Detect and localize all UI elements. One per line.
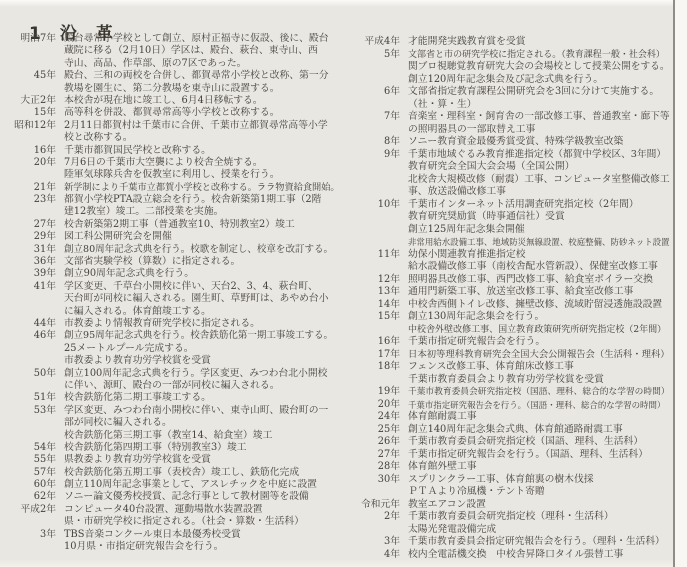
entry-text-line: 非常用給水設備工事、地域防災無線設置、校庭整備、防砂ネット設置 [408,236,678,249]
history-entry: 51年校舎鉄筋化第二期工事竣工する。 [6,392,342,404]
entry-text-line: 創立120周年記念集会及び記念式典を行う。 [408,74,678,87]
entry-year: 3年 [6,529,64,541]
history-entry: 24年体育館耐震工事 [346,411,678,424]
history-entry: 29年図工科公開研究会を開催 [6,231,342,243]
entry-year: 50年 [6,368,64,380]
entry-text-line: 千葉市地域ぐるみ教育推進指定校（都賀中学校区、3年間） [408,149,678,162]
history-entry: 平成2年コンピュータ40台設置、運動場散水装置設置県・市研究学校に指定される。（… [6,504,342,529]
entry-text-line: に編入される。体育館竣工する。 [64,306,342,318]
history-column-right: 平成4年才能開発実践教育賞を受賞5年文部省と市の研究学校に指定される。（教育課程… [346,36,678,561]
history-entry: 19年千葉市教育委員会研究指定校（国語、理科、総合的な学習の時間） [346,386,678,399]
history-entry: 30年スプリンクラー工事、体育館裏の樹木伐採ＰＴＡより冷風機・テント寄贈 [346,474,678,499]
entry-text-line: 7月6日の千葉市大空襲により校舎全焼する。 [64,157,342,169]
history-entry: 明治7年殿台尋常小学校として創立、原村正福寺に仮設、後に、殿台蔵院に移る（2月1… [6,33,342,70]
entry-text: 校舎鉄筋化第四期工事（特別教室3）竣工 [64,442,342,454]
entry-year: 26年 [346,436,408,449]
entry-text: 千葉市教育委員会研究指定校（理科・生活科）太陽光発電設備完成 [408,511,678,536]
entry-text: ソニー論文優秀校授賞、記念行事として教材園等を設備 [64,491,342,503]
entry-text-line: 千葉市指定研究報告会を行う。 [408,336,678,349]
entry-text: 千葉市都賀国民学校と改称する。 [64,145,342,157]
history-entry: 9年千葉市地域ぐるみ教育推進指定校（都賀中学校区、3年間）教育研究会全国大会会場… [346,149,678,199]
entry-text-line: 教場を園生に、第二分教場を東寺山に設置する。 [64,83,342,95]
entry-text: 文部省指定教育課程公開研究会を3回に分けて実施する。（社・算・生） [408,86,678,111]
entry-text-line: 校舎鉄筋化第二期工事竣工する。 [64,392,342,404]
entry-text-line: 校内全電話機交換 中校舎昇降口タイル張替工事 [408,549,678,562]
history-entry: 15年創立130周年記念集会を行う。中校舎外壁改修工事、国立教育政策研究所研究指… [346,311,678,336]
entry-text: 創立80周年記念式典を行う。校歌を制定し、校章を改訂する。 [64,244,342,256]
entry-text: 文部省実験学校（算数）に指定される。 [64,256,342,268]
entry-text: 千葉市指定研究報告会を行う。（国語、理科、生活科） [408,449,678,462]
entry-text: 高等科を併設、都賀尋常高等小学校と改称する。 [64,107,342,119]
entry-year: 36年 [6,256,64,268]
entry-text: 創立110周年記念事業として、アスレチックを中庭に設置 [64,479,342,491]
entry-text: 千葉市インターネット活用調査研究指定校（2年間）教育研究奨励賞（時事通信社）受賞… [408,199,678,249]
entry-year: 17年 [346,349,408,362]
history-entry: 54年校舎鉄筋化第四期工事（特別教室3）竣工 [6,442,342,454]
entry-text-line: 千葉市都賀国民学校と改称する。 [64,145,342,157]
entry-text: 学区変更、みつわ台南小開校に伴い、東寺山町、殿台町の一部が同校に編入される。校舎… [64,405,342,442]
history-entry: 31年創立80周年記念式典を行う。校歌を制定し、校章を改訂する。 [6,244,342,256]
entry-text-line: 教育研究会全国大会会場（全国公開） [408,161,678,174]
entry-year: 16年 [346,336,408,349]
entry-year: 6年 [346,86,408,99]
entry-text-line: 創立140周年記念集会式典、体育館通路耐震工事 [408,424,678,437]
entry-text-line: 千葉市インターネット活用調査研究指定校（2年間） [408,199,678,212]
entry-year: 20年 [346,399,408,412]
history-entry: 5年文部省と市の研究学校に指定される。（教育課程一般・社会科）関ブロ視聴覚教育研… [346,49,678,87]
entry-text: 教室エアコン設置 [408,499,678,512]
entry-year: 21年 [6,182,64,194]
history-entry: 4年校内全電話機交換 中校舎昇降口タイル張替工事 [346,549,678,562]
entry-year: 4年 [346,549,408,562]
entry-text-line: 創立80周年記念式典を行う。校歌を制定し、校章を改訂する。 [64,244,342,256]
history-entry: 14年中校舎西側トイレ改修、擁壁改修、流域貯留浸透施設設置 [346,299,678,312]
history-entry: 20年千葉市指定研究報告会を行う。（国語・理科、総合的な学習の時間） [346,399,678,412]
entry-text: 千葉市指定研究報告会を行う。（国語・理科、総合的な学習の時間） [408,399,678,412]
history-entry: 8年ソニー教育資金最優秀賞受賞、特殊学級教室改築 [346,136,678,149]
entry-year: 62年 [6,491,64,503]
history-entry: 7年音楽室・理科室・飼育舎の一部改修工事、普通教室・廊下等の照明器具の一部取替え… [346,111,678,136]
history-entry: 大正2年本校舎が現在地に竣工し、6月4日移転する。 [6,95,342,107]
entry-text-line: 千葉市教育委員会指定研究報告会を行う。（理科・生活科） [408,536,678,549]
history-entry: 55年県教委より教育功労学校賞を受賞 [6,454,342,466]
entry-text: 照明器具改修工事、西門改修工事、給食室ボイラー交換 [408,274,678,287]
entry-text-line: 事、放送設備改修工事 [408,186,678,199]
entry-text-line: 教室エアコン設置 [408,499,678,512]
history-entry: 20年7月6日の千葉市大空襲により校舎全焼する。陸軍気球隊兵舎を仮教室に利用し、… [6,157,342,182]
entry-text: 創立140周年記念集会式典、体育館通路耐震工事 [408,424,678,437]
entry-year: 24年 [346,411,408,424]
history-entry: 26年千葉市教育委員会研究指定校（国語、理科、生活科） [346,436,678,449]
history-entry: 41年学区変更、千草台小開校に伴い、天台2、3、4、萩台町、天台町が同校に編入さ… [6,281,342,318]
history-entry: 53年学区変更、みつわ台南小開校に伴い、東寺山町、殿台町の一部が同校に編入される… [6,405,342,442]
entry-text-line: 創立130周年記念集会を行う。 [408,311,678,324]
entry-text-line: 県教委より教育功労学校賞を受賞 [64,454,342,466]
entry-year: 15年 [6,107,64,119]
entry-year: 27年 [6,219,64,231]
entry-year: 53年 [6,405,64,417]
entry-year: 12年 [346,274,408,287]
entry-year: 2年 [346,511,408,524]
entry-text-line: 10月県・市指定研究報告会を行う。 [64,541,342,553]
entry-text-line: （社・算・生） [408,99,678,112]
entry-text: 通用門新築工事、放送室改修工事、給食室改修工事 [408,286,678,299]
entry-year: 60年 [6,479,64,491]
entry-year: 20年 [6,157,64,169]
history-entry: 27年校舎新築第2期工事（普通教室10、特別教室2）竣工 [6,219,342,231]
entry-year: 25年 [346,424,408,437]
entry-text-line: 給水設備改修工事（南校舎配水管新設）、保健室改修工事 [408,261,678,274]
entry-text-line: 校と改称する。 [64,132,342,144]
entry-text: 創立100周年記念式典を行う。学区変更、みつわ台北小開校に伴い、源町、殿台の一部… [64,368,342,393]
entry-year: 14年 [346,299,408,312]
entry-text-line: 殿台、三和の両校を合併し、都賀尋常小学校と改称、第一分 [64,70,342,82]
entry-text-line: 創立125周年記念集会開催 [408,224,678,237]
history-entry: 27年千葉市指定研究報告会を行う。（国語、理科、生活科） [346,449,678,462]
entry-year: 8年 [346,136,408,149]
entry-year: 平成4年 [346,36,408,49]
history-entry: 11年幼保小関連教育推進指定校給水設備改修工事（南校舎配水管新設）、保健室改修工… [346,249,678,274]
entry-text: 校舎鉄筋化第五期工事（表校舎）竣工し、鉄筋化完成 [64,467,342,479]
entry-text: 音楽室・理科室・飼育舎の一部改修工事、普通教室・廊下等の照明器具の一部取替え工事 [408,111,678,136]
entry-text: 校舎新築第2期工事（普通教室10、特別教室2）竣工 [64,219,342,231]
entry-year: 55年 [6,454,64,466]
entry-text-line: 千葉市教育委員会研究指定校（国語、理科、総合的な学習の時間） [408,386,678,399]
history-entry: 令和元年教室エアコン設置 [346,499,678,512]
entry-text: 千葉市教育委員会研究指定校（国語、理科、生活科） [408,436,678,449]
entry-text: 校内全電話機交換 中校舎昇降口タイル張替工事 [408,549,678,562]
entry-text-line: ソニー教育資金最優秀賞受賞、特殊学級教室改築 [408,136,678,149]
entry-text: 図工科公開研究会を開催 [64,231,342,243]
entry-text-line: 中校舎外壁改修工事、国立教育政策研究所研究指定校（2年間） [408,324,678,337]
entry-text-line: 体育館外壁工事 [408,461,678,474]
entry-year: 27年 [346,449,408,462]
entry-text-line: 市教委より教育功労学校賞を受賞 [64,355,342,367]
history-entry: 23年都賀小学校PTA設立総会を行う。校舎新築第1期工事（2階建12教室）竣工。… [6,194,342,219]
entry-year: 44年 [6,318,64,330]
entry-text: 殿台、三和の両校を合併し、都賀尋常小学校と改称、第一分教場を園生に、第二分教場を… [64,70,342,95]
entry-text: 学区変更、千草台小開校に伴い、天台2、3、4、萩台町、天台町が同校に編入される。… [64,281,342,318]
history-entry: 6年文部省指定教育課程公開研究会を3回に分けて実施する。（社・算・生） [346,86,678,111]
entry-text: 千葉市教育委員会研究指定校（国語、理科、総合的な学習の時間） [408,386,678,399]
entry-text-line: 創立95周年記念式典を行う。校舎鉄筋化第一期工事竣工する。 [64,330,342,342]
entry-text-line: ソニー論文優秀校授賞、記念行事として教材園等を設備 [64,491,342,503]
entry-year: 54年 [6,442,64,454]
entry-text-line: 校舎新築第2期工事（普通教室10、特別教室2）竣工 [64,219,342,231]
entry-text-line: 千葉市教育委員会研究指定校（国語、理科、生活科） [408,436,678,449]
entry-text: コンピュータ40台設置、運動場散水装置設置県・市研究学校に指定される。（社会・算… [64,504,342,529]
entry-text: 日本初等理科教育研究会全国大会公開報告会（生活科・理科） [408,349,678,362]
entry-text-line: 照明器具改修工事、西門改修工事、給食室ボイラー交換 [408,274,678,287]
entry-text: 2月11日都賀村は千葉市に合併、千葉市立都賀尋常高等小学校と改称する。 [64,120,342,145]
history-entry: 28年体育館外壁工事 [346,461,678,474]
history-entry: 13年通用門新築工事、放送室改修工事、給食室改修工事 [346,286,678,299]
entry-year: 7年 [346,111,408,124]
entry-text: 体育館外壁工事 [408,461,678,474]
entry-text: 7月6日の千葉市大空襲により校舎全焼する。陸軍気球隊兵舎を仮教室に利用し、授業を… [64,157,342,182]
entry-year: 31年 [6,244,64,256]
history-entry: 17年日本初等理科教育研究会全国大会公開報告会（生活科・理科） [346,349,678,362]
entry-text-line: 太陽光発電設備完成 [408,524,678,537]
entry-text-line: 学区変更、みつわ台南小開校に伴い、東寺山町、殿台町の一 [64,405,342,417]
history-entry: 16年千葉市都賀国民学校と改称する。 [6,145,342,157]
history-entry: 昭和12年2月11日都賀村は千葉市に合併、千葉市立都賀尋常高等小学校と改称する。 [6,120,342,145]
entry-year: 41年 [6,281,64,293]
entry-text: ソニー教育資金最優秀賞受賞、特殊学級教室改築 [408,136,678,149]
history-entry: 2年千葉市教育委員会研究指定校（理科・生活科）太陽光発電設備完成 [346,511,678,536]
entry-text-line: 図工科公開研究会を開催 [64,231,342,243]
entry-year: 昭和12年 [6,120,64,132]
entry-year: 23年 [6,194,64,206]
entry-text-line: 25メートルプール完成する。 [64,343,342,355]
entry-text-line: 幼保小関連教育推進指定校 [408,249,678,262]
entry-text-line: 体育館耐震工事 [408,411,678,424]
entry-year: 13年 [346,286,408,299]
entry-text-line: 2月11日都賀村は千葉市に合併、千葉市立都賀尋常高等小学 [64,120,342,132]
entry-text: フェンス改修工事、体育館床改修工事千葉市教育委員会より教育功労学校賞を受賞 [408,361,678,386]
entry-text: 創立90周年記念式典を行う。 [64,268,342,280]
entry-year: 大正2年 [6,95,64,107]
entry-year: 令和元年 [346,499,408,512]
history-entry: 62年ソニー論文優秀校授賞、記念行事として教材園等を設備 [6,491,342,503]
entry-year: 39年 [6,268,64,280]
entry-text-line: 文部省指定教育課程公開研究会を3回に分けて実施する。 [408,86,678,99]
entry-text-line: TBS音楽コンクール東日本最優秀校受賞 [64,529,342,541]
entry-text-line: 日本初等理科教育研究会全国大会公開報告会（生活科・理科） [408,349,678,362]
entry-text: 都賀小学校PTA設立総会を行う。校舎新築第1期工事（2階建12教室）竣工。二部授… [64,194,342,219]
entry-text-line: 市教委より情報教育研究学校に指定される。 [64,318,342,330]
entry-text-line: スプリンクラー工事、体育館裏の樹木伐採 [408,474,678,487]
history-entry: 15年高等科を併設、都賀尋常高等小学校と改称する。 [6,107,342,119]
entry-year: 57年 [6,467,64,479]
entry-text-line: 校舎鉄筋化第五期工事（表校舎）竣工し、鉄筋化完成 [64,467,342,479]
entry-text: 幼保小関連教育推進指定校給水設備改修工事（南校舎配水管新設）、保健室改修工事 [408,249,678,274]
entry-year: 5年 [346,49,408,62]
history-entry: 45年殿台、三和の両校を合併し、都賀尋常小学校と改称、第一分教場を園生に、第二分… [6,70,342,95]
history-entry: 50年創立100周年記念式典を行う。学区変更、みつわ台北小開校に伴い、源町、殿台… [6,368,342,393]
entry-text-line: 建12教室）竣工。二部授業を実施。 [64,206,342,218]
entry-text: 創立95周年記念式典を行う。校舎鉄筋化第一期工事竣工する。25メートルプール完成… [64,330,342,367]
entry-text-line: 音楽室・理科室・飼育舎の一部改修工事、普通教室・廊下等 [408,111,678,124]
history-entry: 36年文部省実験学校（算数）に指定される。 [6,256,342,268]
entry-year: 46年 [6,330,64,342]
history-entry: 平成4年才能開発実践教育賞を受賞 [346,36,678,49]
entry-text-line: 千葉市指定研究報告会を行う。（国語、理科、生活科） [408,449,678,462]
entry-text: 本校舎が現在地に竣工し、6月4日移転する。 [64,95,342,107]
entry-year: 19年 [346,386,408,399]
entry-text-line: 中校舎西側トイレ改修、擁壁改修、流域貯留浸透施設設置 [408,299,678,312]
entry-text-line: コンピュータ40台設置、運動場散水装置設置 [64,504,342,516]
entry-text-line: 新学制により千葉市立都賀小学校と改称する。ララ物資給食開始。 [64,182,342,194]
entry-text-line: 蔵院に移る（2月10日）学区は、殿台、萩台、東寺山、西 [64,45,342,57]
history-entry: 18年フェンス改修工事、体育館床改修工事千葉市教育委員会より教育功労学校賞を受賞 [346,361,678,386]
entry-text: 千葉市地域ぐるみ教育推進指定校（都賀中学校区、3年間）教育研究会全国大会会場（全… [408,149,678,199]
entry-text-line: 創立110周年記念事業として、アスレチックを中庭に設置 [64,479,342,491]
entry-text-line: 都賀小学校PTA設立総会を行う。校舎新築第1期工事（2階 [64,194,342,206]
entry-text-line: 文部省実験学校（算数）に指定される。 [64,256,342,268]
history-entry: 60年創立110周年記念事業として、アスレチックを中庭に設置 [6,479,342,491]
entry-text: 体育館耐震工事 [408,411,678,424]
history-entry: 25年創立140周年記念集会式典、体育館通路耐震工事 [346,424,678,437]
entry-text-line: 文部省と市の研究学校に指定される。（教育課程一般・社会科） [408,49,678,62]
entry-text: 新学制により千葉市立都賀小学校と改称する。ララ物資給食開始。 [64,182,342,194]
history-entry: 12年照明器具改修工事、西門改修工事、給食室ボイラー交換 [346,274,678,287]
entry-text-line: 創立90周年記念式典を行う。 [64,268,342,280]
entry-year: 明治7年 [6,33,64,45]
entry-text: 千葉市指定研究報告会を行う。 [408,336,678,349]
history-entry: 10年千葉市インターネット活用調査研究指定校（2年間）教育研究奨励賞（時事通信社… [346,199,678,249]
history-entry: 44年市教委より情報教育研究学校に指定される。 [6,318,342,330]
entry-year: 18年 [346,361,408,374]
entry-text-line: 学区変更、千草台小開校に伴い、天台2、3、4、萩台町、 [64,281,342,293]
entry-text-line: 創立100周年記念式典を行う。学区変更、みつわ台北小開校 [64,368,342,380]
history-entry: 39年創立90周年記念式典を行う。 [6,268,342,280]
entry-text: 校舎鉄筋化第二期工事竣工する。 [64,392,342,404]
entry-year: 51年 [6,392,64,404]
entry-text: 文部省と市の研究学校に指定される。（教育課程一般・社会科）関ブロ視聴覚教育研究大… [408,49,678,87]
entry-year: 28年 [346,461,408,474]
entry-text-line: 天台町が同校に編入される。園生町、草野町は、あやめ台小 [64,293,342,305]
entry-text: 市教委より情報教育研究学校に指定される。 [64,318,342,330]
entry-text-line: 教育研究奨励賞（時事通信社）受賞 [408,211,678,224]
entry-text-line: フェンス改修工事、体育館床改修工事 [408,361,678,374]
history-entry: 21年新学制により千葉市立都賀小学校と改称する。ララ物資給食開始。 [6,182,342,194]
entry-text-line: 部が同校に編入される。 [64,417,342,429]
entry-text-line: 千葉市教育委員会研究指定校（理科・生活科） [408,511,678,524]
entry-year: 9年 [346,149,408,162]
entry-text-line: に伴い、源町、殿台の一部が同校に編入される。 [64,380,342,392]
entry-text-line: 通用門新築工事、放送室改修工事、給食室改修工事 [408,286,678,299]
entry-text: TBS音楽コンクール東日本最優秀校受賞10月県・市指定研究報告会を行う。 [64,529,342,554]
entry-year: 30年 [346,474,408,487]
entry-text: 才能開発実践教育賞を受賞 [408,36,678,49]
entry-text-line: 高等科を併設、都賀尋常高等小学校と改称する。 [64,107,342,119]
entry-text-line: 陸軍気球隊兵舎を仮教室に利用し、授業を行う。 [64,169,342,181]
entry-year: 29年 [6,231,64,243]
history-entry: 3年TBS音楽コンクール東日本最優秀校受賞10月県・市指定研究報告会を行う。 [6,529,342,554]
entry-text-line: の照明器具の一部取替え工事 [408,124,678,137]
history-entry: 57年校舎鉄筋化第五期工事（表校舎）竣工し、鉄筋化完成 [6,467,342,479]
entry-text-line: 殿台尋常小学校として創立、原村正福寺に仮設、後に、殿台 [64,33,342,45]
entry-year: 11年 [346,249,408,262]
entry-text: 創立130周年記念集会を行う。中校舎外壁改修工事、国立教育政策研究所研究指定校（… [408,311,678,336]
entry-text-line: 校舎鉄筋化第四期工事（特別教室3）竣工 [64,442,342,454]
entry-text-line: 関ブロ視聴覚教育研究大会の会場校として授業公開をする。 [408,61,678,74]
page-edge-line [673,0,675,567]
entry-year: 16年 [6,145,64,157]
entry-text-line: 千葉市教育委員会より教育功労学校賞を受賞 [408,374,678,387]
entry-year: 3年 [346,536,408,549]
entry-year: 平成2年 [6,504,64,516]
history-entry: 16年千葉市指定研究報告会を行う。 [346,336,678,349]
entry-text: 千葉市教育委員会指定研究報告会を行う。（理科・生活科） [408,536,678,549]
entry-text-line: 校舎鉄筋化第三期工事（教室14、給食室）竣工 [64,430,342,442]
entry-text-line: 才能開発実践教育賞を受賞 [408,36,678,49]
history-entry: 3年千葉市教育委員会指定研究報告会を行う。（理科・生活科） [346,536,678,549]
entry-text: 殿台尋常小学校として創立、原村正福寺に仮設、後に、殿台蔵院に移る（2月10日）学… [64,33,342,70]
entry-text-line: 本校舎が現在地に竣工し、6月4日移転する。 [64,95,342,107]
entry-text-line: 千葉市指定研究報告会を行う。（国語・理科、総合的な学習の時間） [408,399,678,412]
entry-text-line: ＰＴＡより冷風機・テント寄贈 [408,486,678,499]
entry-text-line: 県・市研究学校に指定される。（社会・算数・生活科） [64,516,342,528]
history-column-left: 明治7年殿台尋常小学校として創立、原村正福寺に仮設、後に、殿台蔵院に移る（2月1… [6,33,342,553]
history-entry: 46年創立95周年記念式典を行う。校舎鉄筋化第一期工事竣工する。25メートルプー… [6,330,342,367]
entry-text: 県教委より教育功労学校賞を受賞 [64,454,342,466]
entry-text: スプリンクラー工事、体育館裏の樹木伐採ＰＴＡより冷風機・テント寄贈 [408,474,678,499]
entry-text: 中校舎西側トイレ改修、擁壁改修、流域貯留浸透施設設置 [408,299,678,312]
entry-year: 10年 [346,199,408,212]
entry-text-line: 寺山、高品、作草部、原の7区であった。 [64,58,342,70]
entry-text-line: 北校舎大規模改修（耐震）工事、コンピュータ室整備改修工 [408,174,678,187]
entry-year: 45年 [6,70,64,82]
scanned-history-page: { "page": { "title": "1 沿 革" }, "colors"… [0,0,687,567]
scan-top-edge [0,0,675,7]
entry-year: 15年 [346,311,408,324]
